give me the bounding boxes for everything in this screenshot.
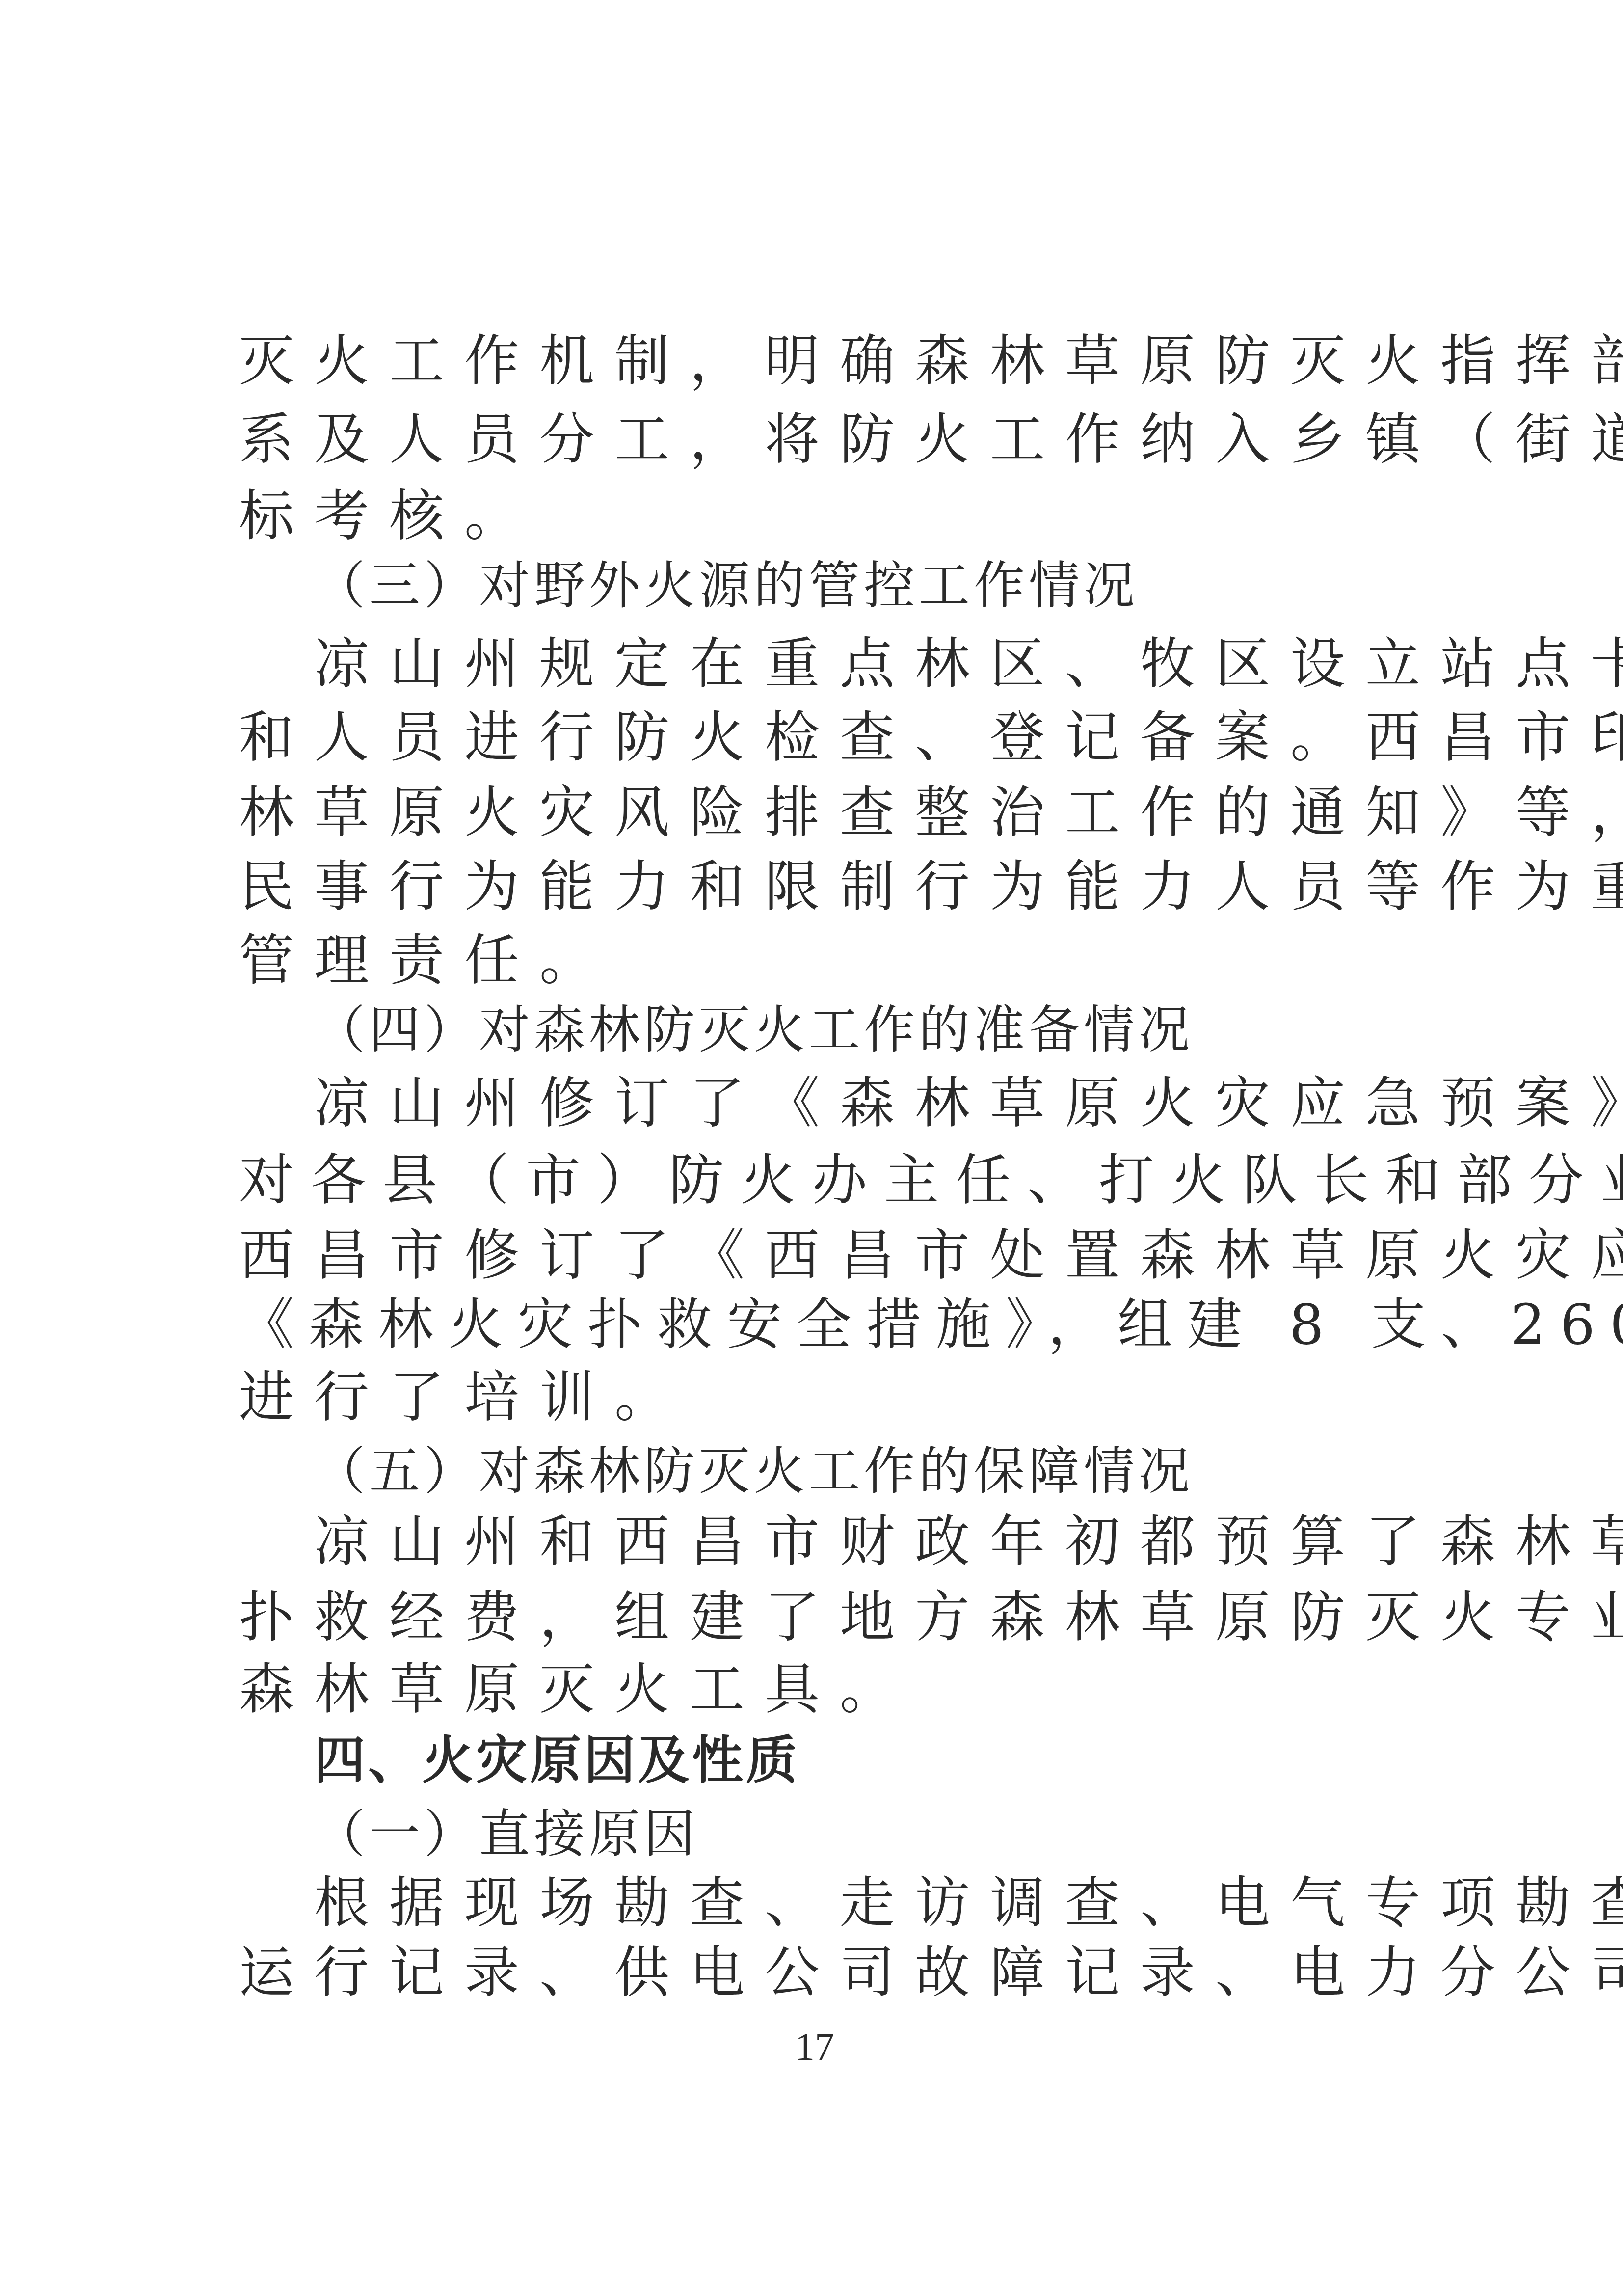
paragraph-first-line: 凉山州修订了《森林草原火灾应急预案》，州林草局组织	[314, 1067, 1374, 1140]
body-line: 运行记录、供电公司故障记录、电力分公司工作人员的调查证	[239, 1936, 1373, 2010]
body-line: 对各县（市）防火办主任、打火队长和部分业务骨干进行培训。	[239, 1144, 1373, 1217]
body-line: 和人员进行防火检查、登记备案。西昌市印发了《关于开展森	[239, 701, 1373, 775]
body-line: 灭火工作机制，明确森林草原防灭火指挥部职能职责、指挥体	[239, 324, 1373, 398]
body-line: 《森林火灾扑救安全措施》，组建 8 支、260 人的专业扑火队，	[239, 1288, 1373, 1362]
body-line: 森林草原灭火工具。	[239, 1653, 1373, 1727]
chapter-heading: 四、火灾原因及性质	[314, 1724, 1448, 1797]
subsection-heading-1: （一）直接原因	[314, 1797, 1448, 1871]
paragraph-first-line: 凉山州和西昌市财政年初都预算了森林草原防灭火专项及	[314, 1505, 1374, 1579]
page-number: 17	[785, 2023, 844, 2072]
body-line: 林草原火灾风险排查整治工作的通知》等，将自主搬迁户、无	[239, 776, 1373, 850]
paragraph-first-line: 凉山州规定在重点林区、牧区设立站点卡口，对进入车辆	[314, 627, 1374, 701]
body-line: 管理责任。	[239, 924, 1373, 998]
section-heading-5: （五）对森林防灭火工作的保障情况	[314, 1434, 1448, 1508]
body-line: 民事行为能力和限制行为能力人员等作为重点管理对象并明确	[239, 850, 1373, 924]
section-heading-3: （三）对野外火源的管控工作情况	[314, 549, 1448, 622]
body-line: 西昌市修订了《西昌市处置森林草原火灾应急预案》，出台了	[239, 1219, 1373, 1293]
body-line: 系及人员分工，将防火工作纳入乡镇（街道）领导干部年度目	[239, 403, 1373, 477]
section-heading-4: （四）对森林防灭火工作的准备情况	[314, 993, 1448, 1067]
document-page: 灭火工作机制，明确森林草原防灭火指挥部职能职责、指挥体 系及人员分工，将防火工作…	[0, 0, 1623, 2296]
paragraph-first-line: 根据现场勘查、走访调查、电气专项勘查和供电公司电力	[314, 1866, 1374, 1940]
body-line: 进行了培训。	[239, 1361, 1373, 1434]
body-line: 标考核。	[239, 480, 1373, 553]
body-line: 扑救经费，组建了地方森林草原防灭火专业队伍，购置了部分	[239, 1581, 1373, 1654]
